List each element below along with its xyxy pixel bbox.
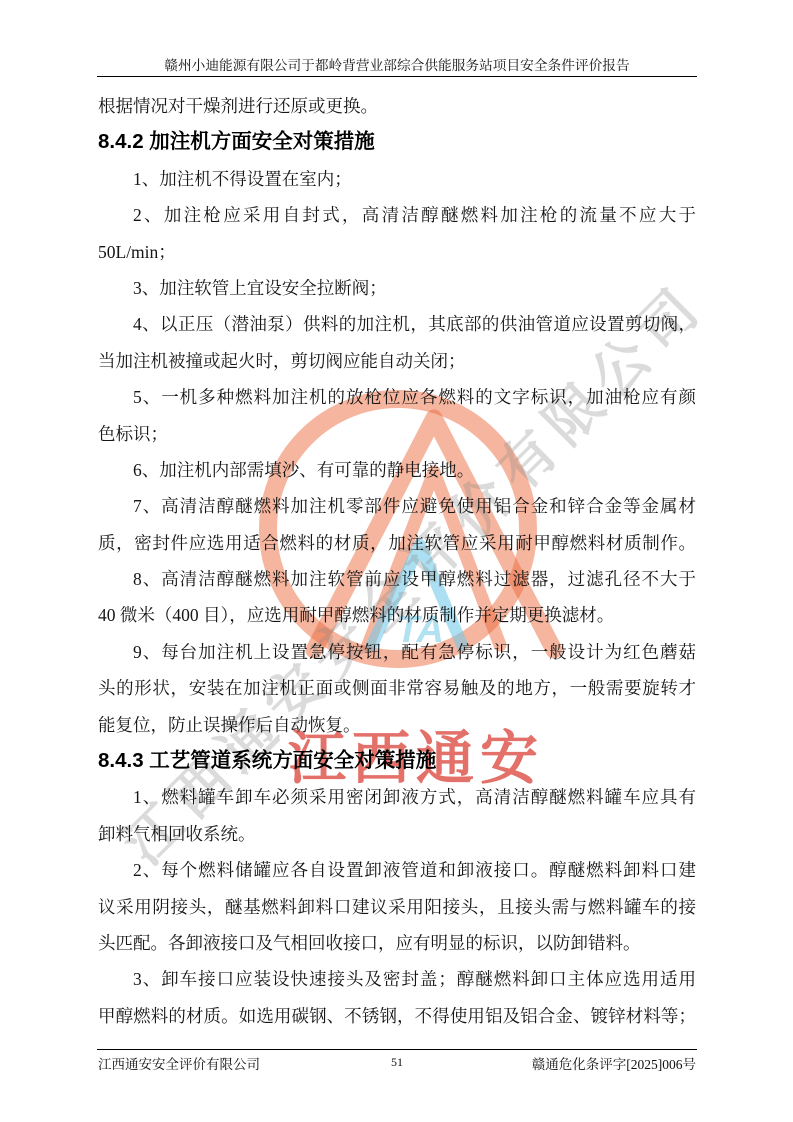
body-line: 头匹配。各卸液接口及气相回收接口，应有明显的标识，以防卸错料。 bbox=[98, 925, 696, 961]
body-line: 40 微米（400 目），应选用耐甲醇燃料的材质制作并定期更换滤材。 bbox=[98, 597, 696, 633]
body-line: 8、高清洁醇醚燃料加注软管前应设甲醇燃料过滤器，过滤孔径不大于 bbox=[98, 561, 696, 597]
body-line: 甲醇燃料的材质。如选用碳钢、不锈钢，不得使用铝及铝合金、镀锌材料等； bbox=[98, 998, 696, 1034]
body-line: 1、燃料罐车卸车必须采用密闭卸液方式，高清洁醇醚燃料罐车应具有 bbox=[98, 779, 696, 815]
body-line: 5、一机多种燃料加注机的放枪位应各燃料的文字标识，加油枪应有颜 bbox=[98, 379, 696, 415]
document-page: TA 江西通安安全评价有限公司 江西通安 赣州小迪能源有限公司于都岭背营业部综合… bbox=[0, 0, 793, 1122]
body-line: 1、加注机不得设置在室内； bbox=[98, 161, 696, 197]
header-rule bbox=[97, 76, 697, 77]
body-line: 50L/min； bbox=[98, 234, 696, 270]
body-line: 能复位，防止误操作后自动恢复。 bbox=[98, 707, 696, 743]
body-line: 根据情况对干燥剂进行还原或更换。 bbox=[98, 88, 696, 124]
body-line: 色标识； bbox=[98, 416, 696, 452]
body-line: 4、以正压（潜油泵）供料的加注机，其底部的供油管道应设置剪切阀， bbox=[98, 306, 696, 342]
body-line: 议采用阴接头，醚基燃料卸料口建议采用阳接头，且接头需与燃料罐车的接 bbox=[98, 889, 696, 925]
body-line: 2、每个燃料储罐应各自设置卸液管道和卸液接口。醇醚燃料卸料口建 bbox=[98, 852, 696, 888]
body-line: 6、加注机内部需填沙、有可靠的静电接地。 bbox=[98, 452, 696, 488]
footer-doc-number: 赣通危化条评字[2025]006号 bbox=[532, 1053, 696, 1073]
body-line: 3、加注软管上宜设安全拉断阀； bbox=[98, 270, 696, 306]
body-line: 当加注机被撞或起火时，剪切阀应能自动关闭； bbox=[98, 343, 696, 379]
section-heading: 8.4.3 工艺管道系统方面安全对策措施 bbox=[98, 743, 696, 779]
body-line: 7、高清洁醇醚燃料加注机零部件应避免使用铝合金和锌合金等金属材 bbox=[98, 488, 696, 524]
document-body: 根据情况对干燥剂进行还原或更换。8.4.2 加注机方面安全对策措施1、加注机不得… bbox=[98, 88, 696, 1034]
body-line: 9、每台加注机上设置急停按钮，配有急停标识，一般设计为红色蘑菇 bbox=[98, 634, 696, 670]
content-layer: 赣州小迪能源有限公司于都岭背营业部综合供能服务站项目安全条件评价报告 根据情况对… bbox=[0, 0, 793, 1122]
body-line: 卸料气相回收系统。 bbox=[98, 816, 696, 852]
footer-rule bbox=[97, 1049, 697, 1050]
body-line: 头的形状，安装在加注机正面或侧面非常容易触及的地方，一般需要旋转才 bbox=[98, 670, 696, 706]
header-title: 赣州小迪能源有限公司于都岭背营业部综合供能服务站项目安全条件评价报告 bbox=[98, 54, 696, 74]
body-line: 2、加注枪应采用自封式，高清洁醇醚燃料加注枪的流量不应大于 bbox=[98, 197, 696, 233]
body-line: 质，密封件应选用适合燃料的材质，加注软管应采用耐甲醇燃料材质制作。 bbox=[98, 525, 696, 561]
body-line: 3、卸车接口应装设快速接头及密封盖；醇醚燃料卸口主体应选用适用 bbox=[98, 961, 696, 997]
section-heading: 8.4.2 加注机方面安全对策措施 bbox=[98, 124, 696, 160]
